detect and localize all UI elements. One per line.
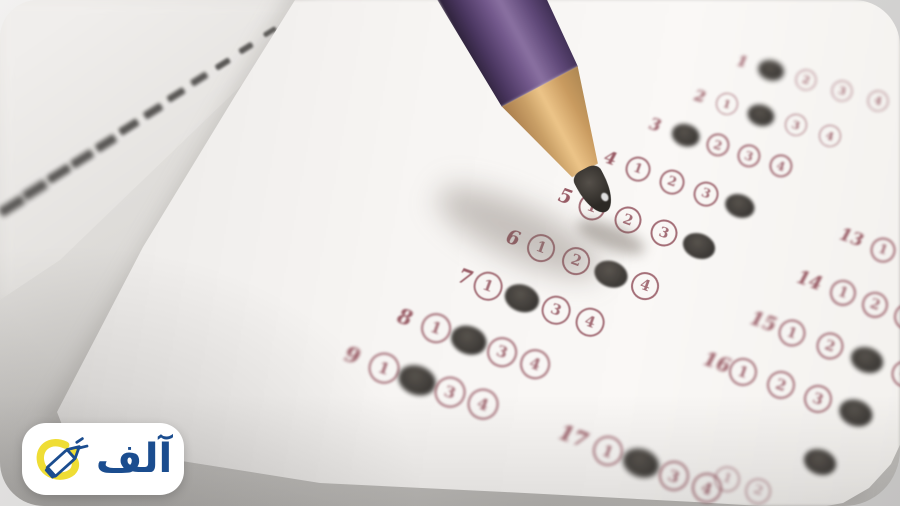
answer-bubble: 3 xyxy=(782,111,810,139)
question-number: 13 xyxy=(835,225,867,251)
answer-bubble: 3 xyxy=(800,381,836,417)
answer-bubble: 4 xyxy=(572,304,609,341)
filled-bubble-mark xyxy=(745,101,777,129)
answer-bubble: 4 xyxy=(463,384,502,423)
filled-bubble-mark xyxy=(848,343,888,378)
answer-bubble: 2 xyxy=(763,367,799,403)
question-number: 8 xyxy=(392,303,418,330)
answer-bubble: 1 xyxy=(867,234,899,266)
answer-bubble: 3 xyxy=(735,141,764,170)
answer-bubble: 2 xyxy=(812,329,847,364)
answer-bubble: 3 xyxy=(690,178,722,210)
answer-bubble: 4 xyxy=(816,122,844,150)
answer-bubble: 2 xyxy=(858,288,892,322)
answer-bubble: 3 xyxy=(538,292,575,329)
answer-bubble: 3 xyxy=(829,78,855,104)
answer-bubble: 1 xyxy=(713,90,741,118)
answer-bubble: 4 xyxy=(865,88,891,114)
question-number: 1 xyxy=(734,53,751,72)
filled-bubble-mark xyxy=(670,121,704,150)
answer-bubble: 3 xyxy=(654,456,693,495)
answer-bubble: 3 xyxy=(430,372,469,411)
question-number: 9 xyxy=(339,342,365,369)
answer-bubble: 1 xyxy=(775,315,810,350)
answer-bubble: 1 xyxy=(826,277,860,311)
answer-bubble: 1 xyxy=(470,267,507,304)
question-number: 2 xyxy=(691,86,709,107)
logo-badge: آلف xyxy=(22,423,184,495)
answer-bubble: 2 xyxy=(793,67,819,93)
filled-bubble-mark xyxy=(835,395,876,431)
answer-bubble: 2 xyxy=(742,475,775,506)
answer-bubble: 4 xyxy=(516,345,554,383)
filled-bubble-mark xyxy=(721,190,757,222)
question-number: 3 xyxy=(645,115,664,136)
answer-bubble: 2 xyxy=(656,166,688,198)
logo-text: آلف xyxy=(96,424,172,494)
question-number: 14 xyxy=(792,267,826,294)
filled-bubble-mark xyxy=(619,443,664,482)
answer-bubble: 4 xyxy=(628,268,664,304)
answer-bubble: 2 xyxy=(703,131,732,160)
question-number: 17 xyxy=(553,421,593,454)
answer-bubble: 3 xyxy=(890,300,900,334)
pencil-swirl-icon xyxy=(34,434,90,484)
answer-bubble: 4 xyxy=(766,151,795,180)
filled-bubble-mark xyxy=(394,360,439,400)
filled-bubble-mark xyxy=(680,229,720,264)
filled-bubble-mark xyxy=(447,321,491,359)
answer-sheet-photo: 1234213432344123512361247134813491341312… xyxy=(0,0,900,506)
answer-bubble: 3 xyxy=(483,333,521,371)
filled-bubble-mark xyxy=(800,445,840,480)
pencil-lead-glint xyxy=(600,191,610,202)
answer-bubble: 3 xyxy=(646,216,681,251)
filled-bubble-mark xyxy=(501,279,543,316)
answer-bubble: 4 xyxy=(888,356,900,391)
answer-bubble: 1 xyxy=(589,431,628,470)
answer-bubble: 1 xyxy=(417,309,455,347)
filled-bubble-mark xyxy=(756,57,786,83)
question-number: 15 xyxy=(745,308,780,337)
